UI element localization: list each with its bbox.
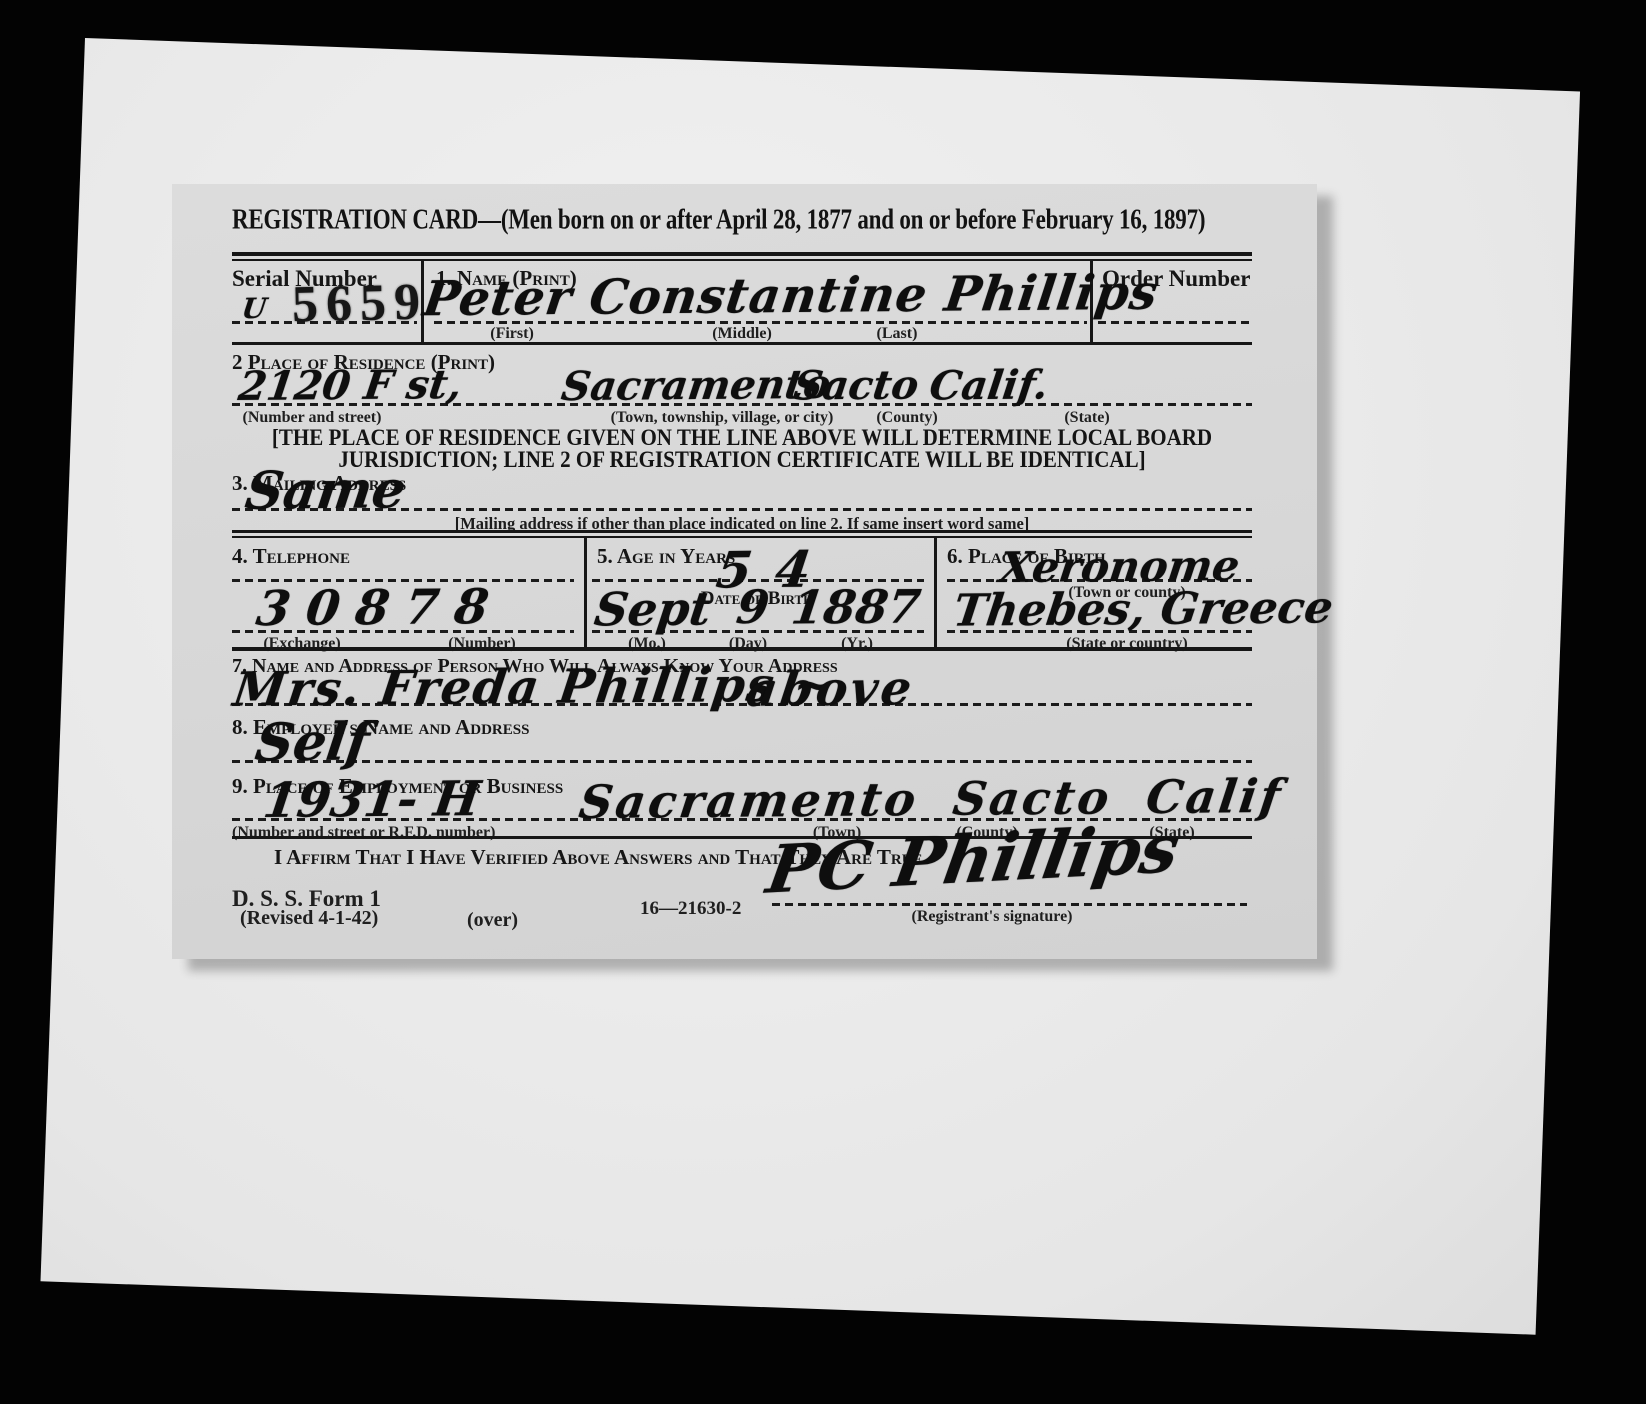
dob-month-handwritten: Sept [591,581,714,636]
residence-county-handwritten: Sacto [791,361,922,409]
name-sub-middle: (Middle) [692,325,792,343]
name-sub-last: (Last) [847,325,947,343]
order-dotted-line [1098,321,1252,324]
mailing-address-handwritten: Same [242,459,410,521]
residence-street-handwritten: 2120 F st, [236,361,465,410]
employer-handwritten: Self [252,712,373,774]
telephone-handwritten: 30878 [253,579,508,637]
telephone-label: 4. Telephone [232,544,350,569]
form-revision: (Revised 4-1-42) [240,907,378,930]
name-sub-first: (First) [462,325,562,343]
divider-age-birth [934,538,937,647]
residence-state-handwritten: Calif. [927,361,1051,409]
employer-dotted-line [232,760,1252,763]
section6-bottom-rule [232,647,1252,651]
mid-rule-thick [232,530,1252,533]
age-label: 5. Age in Years [597,544,735,569]
section1-bottom-rule [232,342,1252,345]
over-label: (over) [467,909,518,932]
header-rule-thick [232,252,1252,256]
scanned-photo: REGISTRATION CARD—(Men born on or after … [0,0,1646,1404]
name-handwritten: Peter Constantine Phillips [420,265,1162,327]
mid-rule-thin [232,536,1252,538]
dob-year-handwritten: 1887 [788,579,923,634]
employment-street-handwritten: 1931- H [260,771,483,829]
contact-note-handwritten: above [743,661,917,717]
print-code: 16—21630-2 [640,898,741,920]
birth-state-handwritten: Thebes, Greece [950,582,1336,636]
registration-card: REGISTRATION CARD—(Men born on or after … [172,184,1317,959]
dob-day-handwritten: 9 [733,580,772,634]
divider-telephone-age [584,538,587,647]
card-title: REGISTRATION CARD—(Men born on or after … [232,204,1205,236]
signature-sub-label: (Registrant's signature) [862,908,1122,926]
serial-number-stamp: 5659 [291,273,428,335]
header-rule-thin [232,259,1252,261]
serial-prefix-handwritten: U [240,292,269,325]
